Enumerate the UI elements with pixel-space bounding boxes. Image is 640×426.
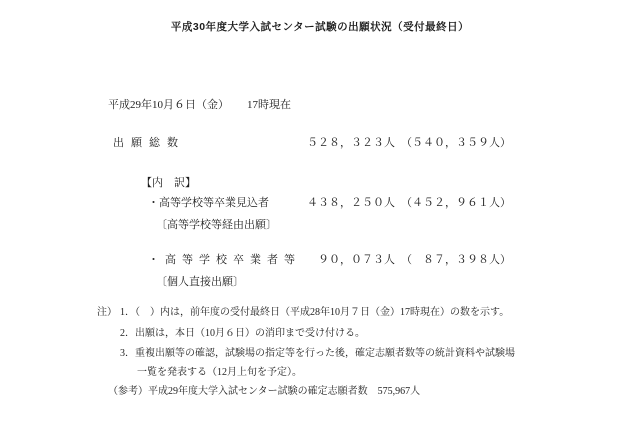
note-3-line-1: 3．重複出願等の確認，試験場の指定等を行った後，確定志願者数等の統計資料や試験場	[120, 348, 515, 361]
breakdown-row-graduates-label: ・高等学校卒業者等	[148, 254, 301, 268]
date-line: 平成29年10月６日（金）17時現在	[108, 99, 291, 113]
note-3-line-2: 一覧を発表する（12月上旬を予定）。	[137, 367, 302, 380]
note-2: 2．出願は，本日（10月６日）の消印まで受け付ける。	[120, 328, 365, 341]
breakdown-heading: 【内 訳】	[141, 177, 196, 191]
breakdown-row-expected-graduates-previous-year: （４５２，９６１人）	[401, 197, 511, 211]
reference-note: （参考）平成29年度大学入試センター試験の確定志願者数 575,967人	[108, 386, 420, 399]
total-applicants-count: ５２８，３２３人	[305, 137, 395, 151]
document-title: 平成30年度大学入試センター試験の出願状況（受付最終日）	[0, 21, 640, 34]
total-applicants-label: 出願総数	[113, 137, 185, 151]
note-1: 1．（ ）内は，前年度の受付最終日（平成28年10月７日（金）17時現在）の数を…	[120, 307, 509, 320]
time-text: 17時現在	[247, 99, 291, 111]
breakdown-row-graduates-subnote: 〔個人直接出願〕	[156, 276, 244, 290]
notes-marker: 注）	[97, 307, 117, 320]
date-text: 平成29年10月６日（金）	[108, 99, 229, 111]
document-page: 平成30年度大学入試センター試験の出願状況（受付最終日） 平成29年10月６日（…	[0, 0, 640, 426]
breakdown-row-expected-graduates-count: ４３８，２５０人	[305, 197, 395, 211]
breakdown-row-expected-graduates-subnote: 〔高等学校等経由出願〕	[156, 219, 277, 233]
total-applicants-previous-year: （５４０，３５９人）	[401, 137, 511, 151]
breakdown-row-graduates-count: ９０，０７３人	[305, 254, 395, 268]
breakdown-row-graduates-previous-year: （ ８７，３９８人）	[401, 254, 511, 268]
breakdown-row-expected-graduates-label: ・高等学校等卒業見込者	[148, 197, 269, 211]
